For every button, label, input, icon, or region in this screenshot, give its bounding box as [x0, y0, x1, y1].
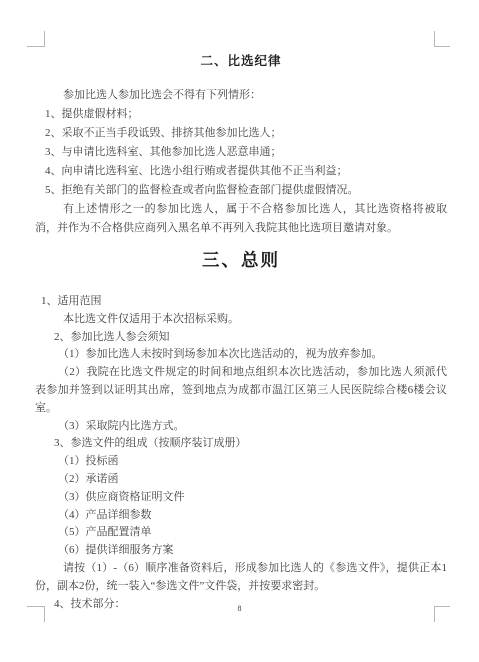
page-number: 8 — [0, 604, 479, 614]
list-item: （1）参加比选人未按时到场参加本次比选活动的，视为放弃参加。 — [35, 346, 447, 364]
section-discipline-body: 参加比选人参加比选会不得有下列情形： 1、提供虚假材料； 2、采取不正当手段诋毁… — [35, 86, 447, 238]
paragraph-closing: 有上述情形之一的参加比选人，属于不合格参加比选人，其比选资格将被取消，并作为不合… — [35, 200, 447, 238]
paragraph: 1、适用范围 — [35, 293, 447, 311]
paragraph: 2、参加比选人参会须知 — [35, 329, 447, 347]
paragraph-intro: 参加比选人参加比选会不得有下列情形： — [35, 86, 447, 105]
section-title-discipline: 二、比选纪律 — [35, 54, 447, 69]
list-item: 5、拒绝有关部门的监督检查或者向监督检查部门提供虚假情况。 — [35, 181, 447, 200]
list-item: （4）产品详细参数 — [35, 507, 447, 525]
section-title-general: 三、总则 — [35, 248, 447, 272]
list-item: （3）采取院内比选方式。 — [35, 418, 447, 436]
list-item: 2、采取不正当手段诋毁、排挤其他参加比选人； — [35, 124, 447, 143]
paragraph: 3、参选文件的组成（按顺序装订成册） — [35, 435, 447, 453]
document-page: 二、比选纪律 参加比选人参加比选会不得有下列情形： 1、提供虚假材料； 2、采取… — [0, 0, 479, 662]
list-item: 3、与申请比选科室、其他参加比选人恶意串通； — [35, 143, 447, 162]
list-item: 4、向申请比选科室、比选小组行贿或者提供其他不正当利益； — [35, 162, 447, 181]
list-item: （6）提供详细服务方案 — [35, 542, 447, 560]
paragraph: 本比选文件仅适用于本次招标采购。 — [35, 311, 447, 329]
list-item: （2）承诺函 — [35, 471, 447, 489]
list-item: （3）供应商资格证明文件 — [35, 489, 447, 507]
paragraph: （2）我院在比选文件规定的时间和地点组织本次比选活动，参加比选人须派代表参加并签… — [35, 364, 447, 417]
list-item: （1）投标函 — [35, 453, 447, 471]
page-content: 二、比选纪律 参加比选人参加比选会不得有下列情形： 1、提供虚假材料； 2、采取… — [35, 0, 447, 613]
list-item: 1、提供虚假材料； — [35, 105, 447, 124]
section-general-body: 1、适用范围 本比选文件仅适用于本次招标采购。 2、参加比选人参会须知 （1）参… — [35, 293, 447, 613]
list-item: （5）产品配置清单 — [35, 524, 447, 542]
paragraph: 请按（1）-（6）顺序准备资料后，形成参加比选人的《参选文件》，提供正本1份，副… — [35, 560, 447, 596]
